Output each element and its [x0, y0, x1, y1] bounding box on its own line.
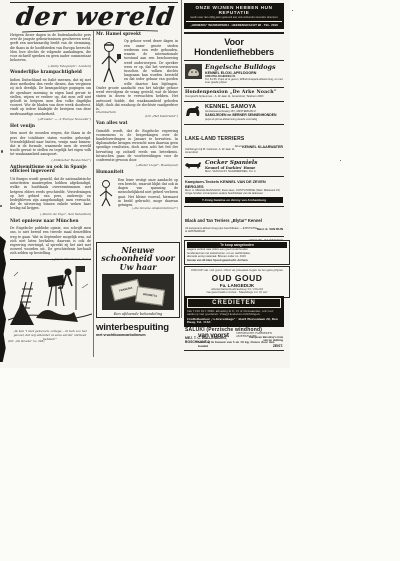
ad-line: pups uit prima afstamming steeds voorrad…: [205, 118, 283, 121]
paragraph: Men moet de woorden wegen, die thans in …: [10, 131, 91, 156]
editorial-cartoon: [8, 262, 92, 326]
ad-banner: Y-Craig Gwaiine en Jimmy van Arnhemburg: [185, 197, 283, 203]
gold-hours: Geopend kantooruren · Maandags tot 16 uu…: [187, 291, 287, 295]
masthead-title: der wereld: [14, 2, 176, 31]
masthead: der wereld: [12, 2, 178, 32]
beauty-title-line: Uw haar: [97, 263, 179, 271]
ad-breeds: SAMOJEDEN en BERNER SENNENHONDEN: [205, 113, 283, 117]
dachshund-icon: [185, 161, 202, 170]
ad-title: Kampioen-Teckels KENNEL VAN DE ZEVEN BER…: [185, 179, 283, 189]
article-heading: Van alles wat: [96, 122, 178, 127]
gold-preline: INKOOP van oud goud, zilver en juweelen …: [187, 269, 287, 273]
ad-lakeland-terriers: LAKE-LAND TERRIERS KENNEL KLAARWATER Doo…: [184, 124, 284, 158]
paper-speck: [0, 205, 2, 207]
ad-title: Black and Tan Terriers „Blytar” Kennel: [185, 218, 262, 223]
ad-title: LAKE-LAND TERRIERS: [185, 136, 244, 142]
wine-ad: ONZE WIJNEN HEBBEN HUN REPUTATIE reeds m…: [184, 3, 284, 29]
ad-line: Tel. 61 66. Pups af te geven, Wilhelmina…: [205, 78, 283, 85]
cartoon-credit: (Uit: „De Groene” no. 203): [8, 339, 92, 343]
winter-spray-ad: winterbespuiting met vruchtboomcarboline…: [96, 322, 284, 348]
source-credit: („Daily Telegraph”, Londen): [10, 65, 91, 69]
bulldog-icon: [185, 64, 202, 79]
article-column-1: Hetgeen dezer dagen in de buitenlandsche…: [10, 33, 91, 264]
article-heading: Mr. Hamel spreekt: [96, 33, 178, 38]
chamberlain-sketch: [96, 40, 122, 84]
ad-kennel-samoya: KENNEL SAMOYA Amstelveenscheweg 167, AMS…: [184, 101, 284, 124]
classified-ad: Te koop aangeboden wegens vertrek naar e…: [184, 240, 290, 265]
ad-line: Inlichtingen bij M. Catsman, A. W.-laan …: [185, 148, 283, 155]
ad-hondenpension: Hondenpension „De Arke Noach” Overgracht…: [184, 87, 284, 101]
beauty-photo: FRANCINA BRUNETTA: [102, 274, 174, 310]
section-title: Voor Hondenliefhebbers: [184, 37, 284, 57]
product-pack: BRUNETTA: [135, 286, 165, 306]
crediet-body: Van f 100 tot f 3000, aflossing in 6, 12…: [187, 310, 281, 317]
source-credit: („De Groene Amsterdammer”): [96, 207, 178, 211]
article-heading: Niet opnieuw naar München: [10, 220, 91, 225]
ad-black-tan-terriers: Black and Tan Terriers „Blytar” Kennel M…: [184, 206, 284, 236]
classified-line: bureau van dit blad. Spoed gewenscht. Ar…: [187, 259, 287, 263]
paragraph: Gemeldt wordt, dat de Engelsche regeerin…: [96, 129, 178, 163]
wine-ad-address: „HOMERIA” WIJNKOPERIJ · HEERENGRACHT 98 …: [186, 21, 282, 27]
ad-line: Jonge honden uit kampioen-ouders beschik…: [185, 192, 283, 195]
column-divider-2: [181, 0, 182, 318]
ad-title: Engelsche Bulldogs: [205, 63, 283, 71]
paragraph: Hetgeen dezer dagen in de buitenlandsche…: [10, 33, 91, 63]
paragraph: De Engelsche publieke opinie, zoo schrij…: [10, 226, 91, 256]
source-credit: („Pester Lloyd”, Boedapest): [96, 164, 178, 168]
paper-speck: [292, 10, 293, 11]
ad-line: Mevr. VAN KALST, NAARDERWEG, Tel. 4: [205, 170, 283, 173]
section-divider: Voor Hondenliefhebbers: [184, 32, 284, 57]
beauty-tagline: Een afdoende behandeling: [97, 312, 179, 316]
ad-line: Overgracht bij Eemnes · A. W.-laan 11, A…: [185, 95, 283, 98]
oud-goud-ad: INKOOP van oud goud, zilver en juweelen …: [184, 266, 290, 298]
winter-subline: met vruchtboomcarbolineum: [96, 333, 192, 337]
source-credit: („Völkischer Beobachter”): [10, 159, 91, 163]
ad-owner: Mevr. E. VAN RIJN: [257, 227, 283, 231]
article-heading: Het venijn: [10, 125, 91, 130]
article-heading: Wonderlijke krampachtigheid: [10, 71, 91, 76]
article-column-2: Mr. Hamel spreekt Op gehoor werd dezer d…: [96, 33, 178, 214]
article-heading: Antisemitisme nu ook in Spanje officieel…: [10, 166, 91, 176]
cartoon-top-rule: [10, 259, 91, 260]
crediet-title: CREDIETEN: [187, 298, 281, 308]
column-divider-1: [93, 31, 94, 357]
winter-footer: levering in bussen van 5 en 10 kg, franc…: [198, 341, 284, 348]
hair-beauty-ad: Nieuwe schoonheid voor Uw haar FRANCINA …: [96, 242, 180, 318]
paper-speck: [1, 150, 3, 153]
ad-english-bulldogs: Engelsche Bulldogs KENNEL ELOXI, APELDOO…: [184, 60, 284, 88]
paragraph: Indien Duitschland en Italië meenen, dat…: [10, 78, 91, 116]
newspaper-page: der wereld Hetgeen dezer dagen in de bui…: [0, 0, 400, 561]
winter-right-line: AMERSFOORT: [236, 335, 272, 339]
illustrated-paragraph: Op gehoor werd dezer dagen in een onzer …: [96, 39, 178, 111]
ad-kampioen-teckels: Kampioen-Teckels KENNEL VAN DE ZEVEN BER…: [184, 176, 284, 206]
illustrated-paragraph: Een lezer vestigt onze aandacht op een b…: [96, 178, 178, 208]
wine-ad-headline: ONZE WIJNEN HEBBEN HUN REPUTATIE: [186, 5, 282, 15]
ad-kennel: KENNEL KLAARWATER: [242, 145, 283, 149]
paragraph: Een lezer vestigt onze aandacht op een b…: [118, 178, 178, 207]
wine-ad-subline: reeds meer dan vijftig jaren geleverd aa…: [186, 16, 282, 19]
paper-speck: [340, 160, 341, 161]
winter-brand: van voorst: [198, 332, 229, 339]
ad-cocker-spaniels: Cocker Spaniels Kennel of Darkies' Home …: [184, 157, 284, 176]
article-heading: Humaniteit: [96, 171, 178, 176]
source-credit: („Prawda” — „L'Europe Nouvelle”): [10, 118, 91, 122]
source-credit: (Uit „Het Vaderland”): [96, 115, 178, 119]
paragraph: Uit Burgos wordt gemeld, dat de national…: [10, 177, 91, 211]
winter-headline: winterbespuiting: [96, 322, 192, 333]
samoyed-icon: [185, 105, 201, 117]
figure-sketch: [96, 179, 116, 207]
source-credit: („Diario de Vigo”, San Sebastian): [10, 213, 91, 217]
gold-title: OUD GOUD: [187, 273, 287, 283]
